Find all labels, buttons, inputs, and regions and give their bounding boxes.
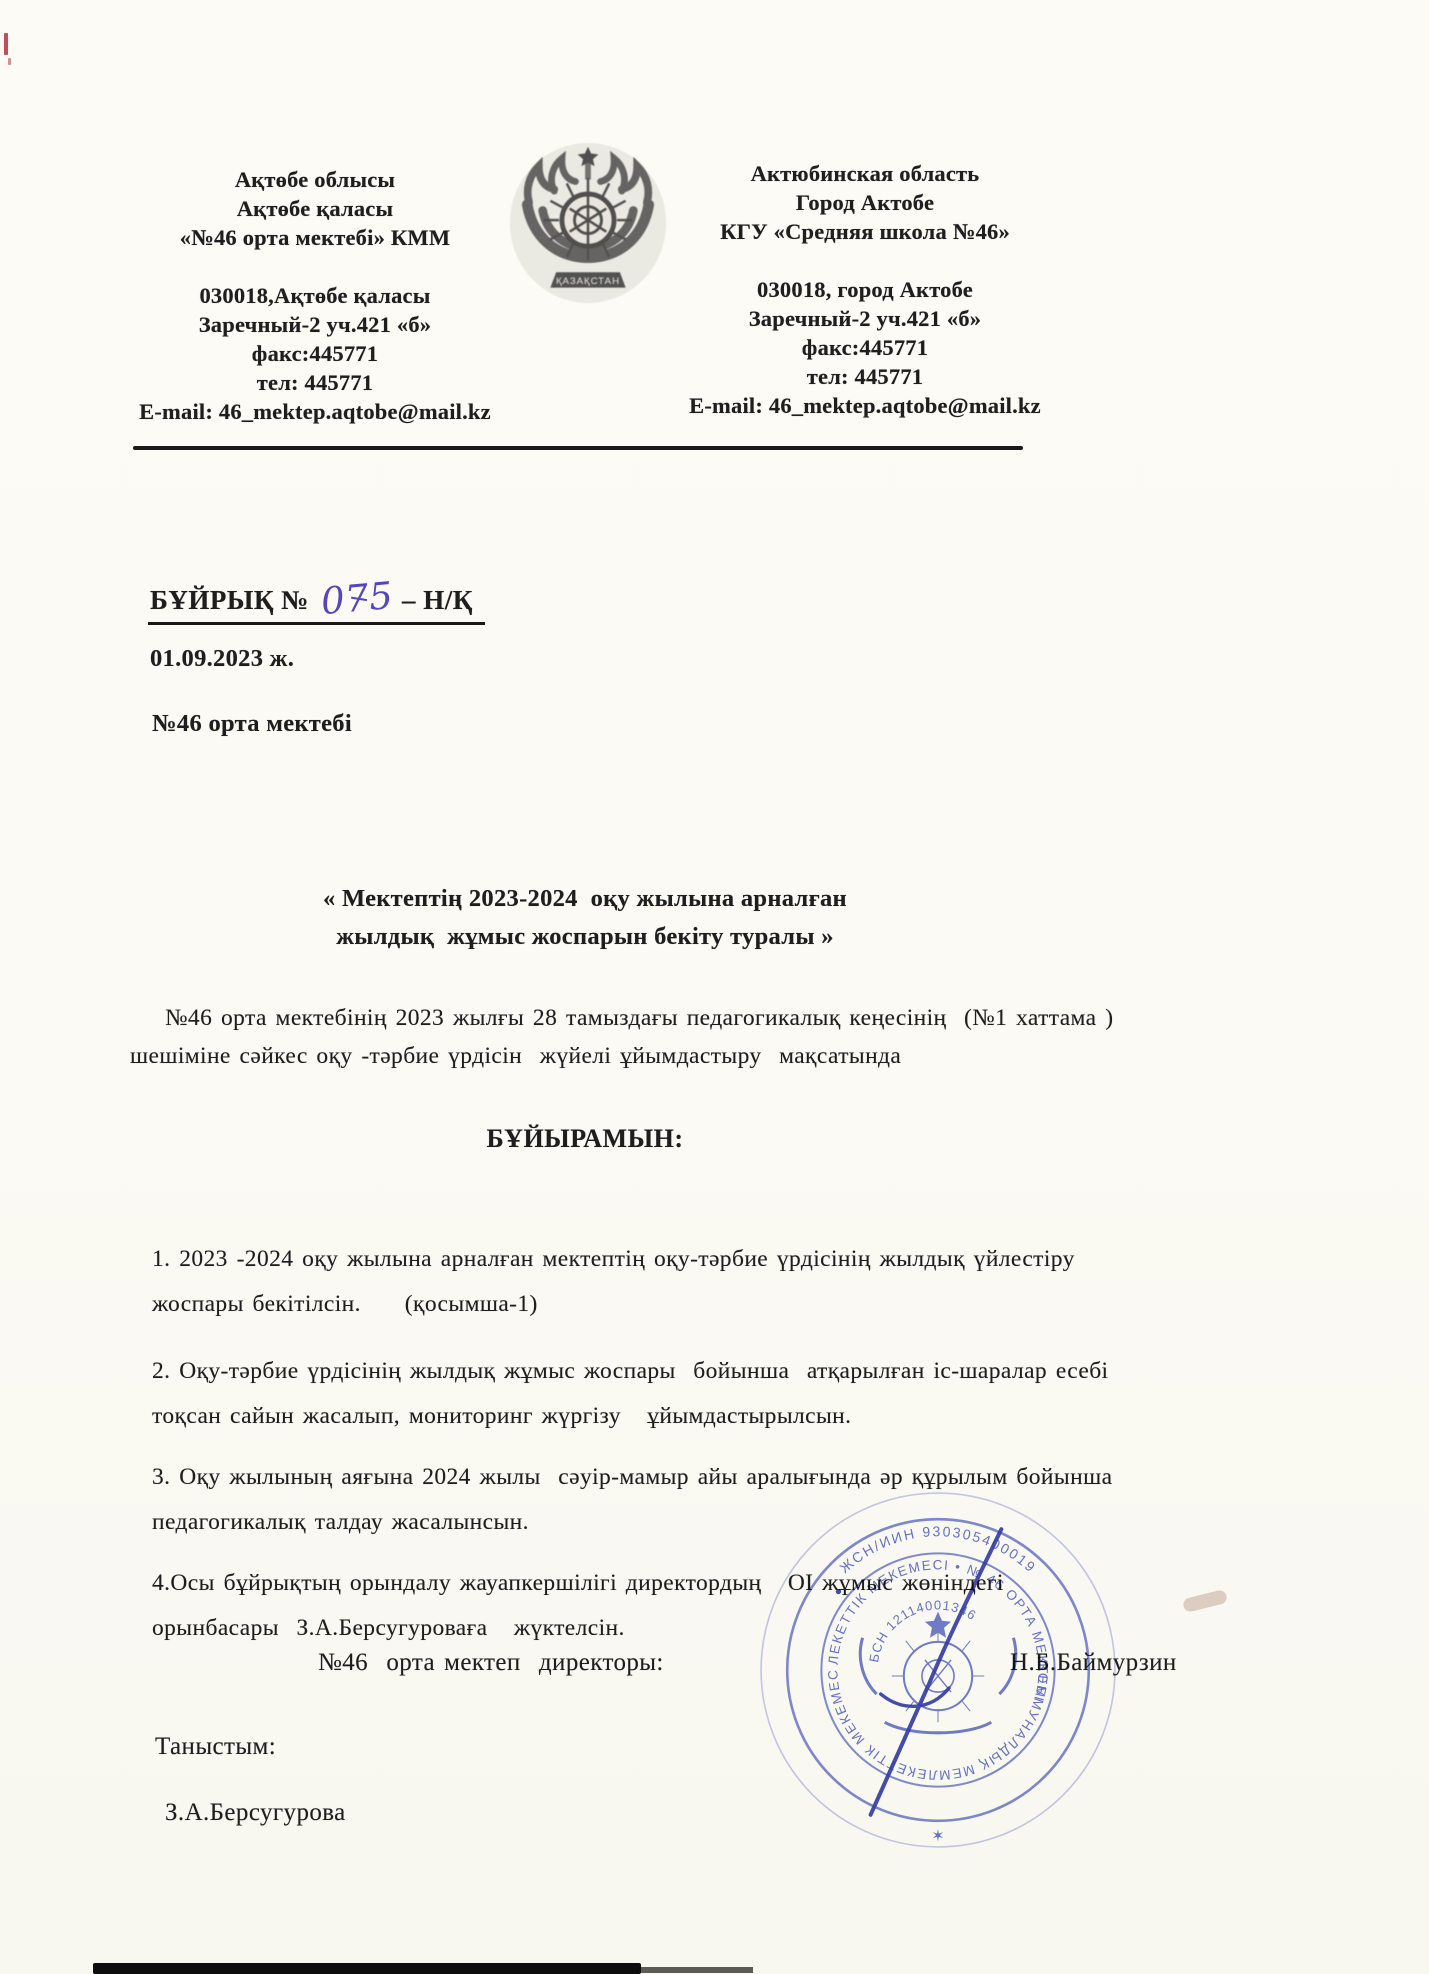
letterhead-divider: [133, 446, 1023, 450]
item-line: жоспары бекітілсін. (қосымша-1): [152, 1282, 1075, 1327]
acknowledged-name: З.А.Берсугурова: [165, 1799, 346, 1827]
order-item-2: 2. Оқу-тәрбие үрдісінің жылдық жұмыс жос…: [152, 1349, 1108, 1439]
item-line: 3. Оқу жылының аяғына 2024 жылы сәуір-ма…: [152, 1455, 1112, 1500]
kazakhstan-emblem: ҚАЗАҚСТАН: [506, 140, 670, 306]
subject-line: « Мектептің 2023-2024 оқу жылына арналға…: [285, 880, 885, 918]
org-line: Актюбинская область: [700, 159, 1030, 188]
letterhead-right-address: 030018, город Актобе Заречный-2 уч.421 «…: [670, 275, 1060, 420]
org-line: Город Актобе: [700, 188, 1030, 217]
email-line: E-mail: 46_mektep.aqtobe@mail.kz: [670, 391, 1060, 420]
address-line: Заречный-2 уч.421 «б»: [120, 310, 510, 339]
preamble-line: №46 орта мектебінің 2023 жылғы 28 тамызд…: [130, 999, 1114, 1037]
org-line: «№46 орта мектебі» КММ: [150, 223, 480, 252]
order-heading: БҰЙРЫҚ № 075 – Н/Қ: [148, 578, 485, 625]
address-line: факс:445771: [670, 333, 1060, 362]
org-line: КГУ «Средняя школа №46»: [700, 217, 1030, 246]
emblem-caption: ҚАЗАҚСТАН: [556, 276, 620, 287]
item-line: тоқсан сайын жасалып, мониторинг жүргізу…: [152, 1394, 1108, 1439]
scan-artifact-smudge: [1182, 1589, 1228, 1613]
order-subject: « Мектептің 2023-2024 оқу жылына арналға…: [285, 880, 885, 956]
item-line: педагогикалық талдау жасалынсын.: [152, 1500, 1112, 1545]
resolve-heading: БҰЙЫРАМЫН:: [285, 1124, 885, 1154]
order-number-handwritten: 075: [319, 577, 394, 620]
acknowledged-label: Таныстым:: [155, 1733, 276, 1761]
address-line: тел: 445771: [120, 368, 510, 397]
address-line: 030018,Ақтөбе қаласы: [120, 281, 510, 310]
letterhead-left-org: Ақтөбе облысы Ақтөбе қаласы «№46 орта ме…: [150, 165, 480, 252]
scan-artifact-bottom-bar: [93, 1963, 641, 1974]
item-line: 2. Оқу-тәрбие үрдісінің жылдық жұмыс жос…: [152, 1349, 1108, 1394]
address-line: 030018, город Актобе: [670, 275, 1060, 304]
preamble-line: шешіміне сәйкес оқу -тәрбие үрдісін жүйе…: [130, 1037, 1114, 1075]
item-line: орынбасары З.А.Берсугуроваға жүктелсін.: [152, 1606, 1004, 1651]
subject-line: жылдық жұмыс жоспарын бекіту туралы »: [285, 918, 885, 956]
email-line: E-mail: 46_mektep.aqtobe@mail.kz: [120, 397, 510, 426]
order-item-4: 4.Осы бұйрықтың орындалу жауапкершілігі …: [152, 1561, 1004, 1651]
letterhead-left-address: 030018,Ақтөбе қаласы Заречный-2 уч.421 «…: [120, 281, 510, 426]
letterhead-right-org: Актюбинская область Город Актобе КГУ «Ср…: [700, 159, 1030, 246]
org-line: Ақтөбе облысы: [150, 165, 480, 194]
stamp-star-icon: ✶: [931, 1827, 944, 1845]
order-heading-suffix: – Н/Қ: [402, 585, 473, 616]
address-line: тел: 445771: [670, 362, 1060, 391]
item-line: 4.Осы бұйрықтың орындалу жауапкершілігі …: [152, 1561, 1004, 1606]
address-line: факс:445771: [120, 339, 510, 368]
order-item-3: 3. Оқу жылының аяғына 2024 жылы сәуір-ма…: [152, 1455, 1112, 1545]
signature-label: №46 орта мектеп директоры:: [318, 1649, 664, 1677]
scan-artifact-bottom-bar-2: [641, 1967, 753, 1973]
org-line: Ақтөбе қаласы: [150, 194, 480, 223]
address-line: Заречный-2 уч.421 «б»: [670, 304, 1060, 333]
order-school: №46 орта мектебі: [152, 710, 352, 738]
order-date: 01.09.2023 ж.: [150, 645, 294, 673]
kazakhstan-emblem-graphic: ҚАЗАҚСТАН: [506, 140, 670, 306]
order-item-1: 1. 2023 -2024 оқу жылына арналған мектеп…: [152, 1237, 1075, 1327]
scanned-order-document: Ақтөбе облысы Ақтөбе қаласы «№46 орта ме…: [0, 0, 1429, 1974]
order-heading-prefix: БҰЙРЫҚ №: [150, 585, 309, 616]
signature-name: Н.Б.Баймурзин: [1010, 1649, 1177, 1677]
order-preamble: №46 орта мектебінің 2023 жылғы 28 тамызд…: [130, 999, 1114, 1075]
scan-artifact-red-dot: [8, 58, 11, 65]
item-line: 1. 2023 -2024 оқу жылына арналған мектеп…: [152, 1237, 1075, 1282]
scan-artifact-red-mark: [4, 33, 8, 55]
